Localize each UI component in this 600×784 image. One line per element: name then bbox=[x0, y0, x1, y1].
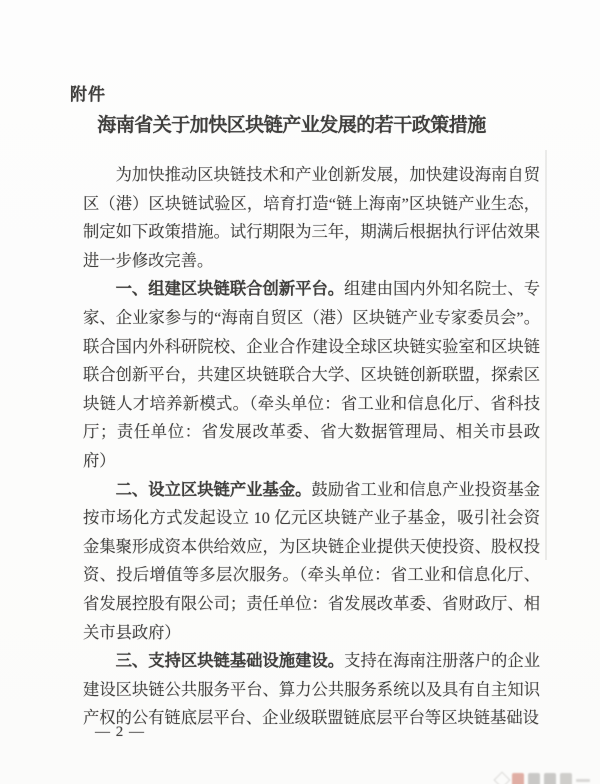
section-2-paragraph: 二、设立区块链产业基金。鼓励省工业和信息产业投资基金按市场化方式发起设立 10 … bbox=[83, 476, 540, 648]
section-1-paragraph: 一、组建区块链联合创新平台。组建由国内外知名院士、专家、企业家参与的“海南自贸区… bbox=[83, 275, 540, 475]
document-page: 附件 海南省关于加快区块链产业发展的若干政策措施 为加快推动区块链技术和产业创新… bbox=[0, 0, 600, 784]
attachment-label: 附件 bbox=[70, 80, 106, 105]
section-2-heading: 二、设立区块链产业基金。 bbox=[116, 480, 312, 499]
intro-paragraph-text: 为加快推动区块链技术和产业创新发展，加快建设海南自贸区（港）区块链试验区，培育打… bbox=[83, 165, 540, 270]
watermark-dash bbox=[576, 779, 590, 782]
section-2-text: 鼓励省工业和信息产业投资基金按市场化方式发起设立 10 亿元区块链产业子基金，吸… bbox=[83, 480, 540, 642]
watermark-glyph bbox=[528, 773, 540, 784]
watermark-glyph bbox=[560, 773, 572, 784]
page-number: — 2 — bbox=[95, 724, 145, 741]
section-3-heading: 三、支持区块链基础设施建设。 bbox=[116, 651, 345, 670]
document-body: 为加快推动区块链技术和产业创新发展，加快建设海南自贸区（港）区块链试验区，培育打… bbox=[83, 161, 540, 733]
section-1-text: 组建由国内外知名院士、专家、企业家参与的“海南自贸区（港）区块链产业专家委员会”… bbox=[83, 279, 540, 470]
scan-artifact-line bbox=[545, 150, 547, 560]
watermark-glyph bbox=[512, 773, 524, 784]
watermark-logo-fragment bbox=[496, 771, 590, 784]
watermark-glyph bbox=[544, 773, 556, 784]
watermark-diamond-icon bbox=[494, 772, 511, 784]
intro-paragraph: 为加快推动区块链技术和产业创新发展，加快建设海南自贸区（港）区块链试验区，培育打… bbox=[83, 161, 540, 275]
section-3-paragraph: 三、支持区块链基础设施建设。支持在海南注册落户的企业建设区块链公共服务平台、算力… bbox=[83, 647, 540, 733]
document-title: 海南省关于加快区块链产业发展的若干政策措施 bbox=[63, 110, 520, 137]
section-1-heading: 一、组建区块链联合创新平台。 bbox=[116, 279, 345, 298]
